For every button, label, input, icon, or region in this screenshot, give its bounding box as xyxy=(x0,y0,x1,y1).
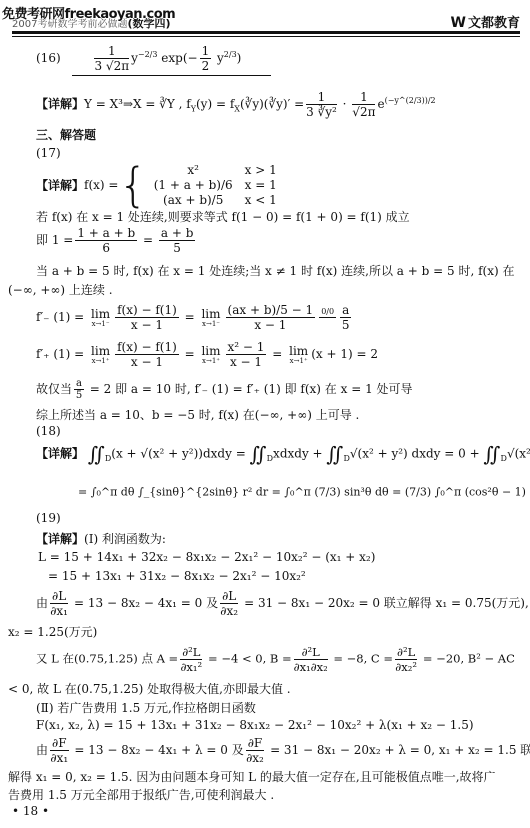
frac-num: a xyxy=(340,303,351,318)
left-derivative: f′₋ (1) = limx→1⁻f(x) − f(1)x − 1 = limx… xyxy=(36,303,353,332)
frac-num: ∂²L xyxy=(294,645,328,660)
frac-num: ∂L xyxy=(50,589,68,604)
frac-den: ∂x₂² xyxy=(395,660,417,674)
frac-den: 3 ∛y² xyxy=(306,105,337,119)
expr: f(x) = xyxy=(84,178,118,192)
brand-name: 文都教育 xyxy=(468,16,520,31)
expr: 又 L 在(0.75,1.25) 点 A = xyxy=(36,652,178,666)
frac-num: 1 xyxy=(352,90,375,105)
cases-table: x²x > 1 (1 + a + b)/6x = 1 (ax + b)/5x <… xyxy=(148,163,283,208)
double-integral-icon: ∬ xyxy=(250,442,267,466)
frac-den: 6 xyxy=(75,241,137,255)
frac-den: x − 1 xyxy=(115,318,179,332)
lagrange-partials: 由∂F∂x₁ = 13 − 8x₂ − 4x₁ + λ = 0 及∂F∂x₂ =… xyxy=(36,736,530,765)
q17-label: (17) xyxy=(36,146,61,160)
frac-num: a xyxy=(74,378,84,390)
frac-num: 1 + a + b xyxy=(75,226,137,241)
expr: = −8, C = xyxy=(330,652,393,666)
expr: (x + 1) = 2 xyxy=(311,347,378,361)
q18-line1: 【详解】 ∬D(x + √(x² + y²))dxdy = ∬Dxdxdy + … xyxy=(36,442,530,466)
expr: 由 xyxy=(36,596,48,610)
frac-num: ∂L xyxy=(220,589,238,604)
expr: = 2 即 a = 10 时, f′₋ (1) = f′₊ (1) 即 f(x)… xyxy=(86,382,413,396)
exponent: 2/3 xyxy=(224,50,237,59)
expr: = 31 − 8x₁ − 20x₂ + λ = 0, x₁ + x₂ = 1.5… xyxy=(266,743,530,757)
frac-den: 2 xyxy=(200,59,212,73)
question-label: (16) xyxy=(36,51,61,65)
watermark: 免费考研网freekaoyan.com xyxy=(2,3,175,22)
expr: = xyxy=(181,347,199,361)
text-line: 当 a + b = 5 时, f(x) 在 x = 1 处连续;当 x ≠ 1 … xyxy=(36,262,514,279)
double-integral-icon: ∬ xyxy=(88,442,105,466)
exponent: (−y^(2/3))/2 xyxy=(385,96,436,105)
expr: = xyxy=(268,347,286,361)
frac-den: ∂x₁² xyxy=(180,660,202,674)
expr: f′₊ (1) = xyxy=(36,347,84,361)
case-expr: (ax + b)/5 xyxy=(148,193,239,208)
frac-den: ∂x₂ xyxy=(246,751,265,765)
expr: f′₋ (1) = xyxy=(36,310,84,324)
frac-den: x − 1 xyxy=(226,355,267,369)
frac-den: 5 xyxy=(74,390,84,401)
frac-den: x − 1 xyxy=(115,355,179,369)
expr: exp(− xyxy=(157,51,197,65)
frac-num: 1 xyxy=(306,90,337,105)
case-cond: x > 1 xyxy=(239,163,283,178)
expr: Y = X³⇒X = ∛Y , f xyxy=(84,97,191,111)
frac-den: x − 1 xyxy=(226,318,316,332)
lim-sub: x→1⁺ xyxy=(91,357,110,365)
expr: 即 1 = xyxy=(36,233,73,247)
frac-num: (ax + b)/5 − 1 xyxy=(226,303,316,318)
page-number: • 18 • xyxy=(12,804,49,818)
q19-part2-title: (Ⅱ) 若广告费用 1.5 万元,作拉格朗日函数 xyxy=(36,699,256,716)
q18-line2: = ∫₀^π dθ ∫_{sinθ}^{2sinθ} r² dr = ∫₀^π … xyxy=(78,478,530,507)
lagrange-function: F(x₁, x₂, λ) = 15 + 13x₁ + 31x₂ − 8x₁x₂ … xyxy=(36,718,474,732)
profit-line2: = 15 + 13x₁ + 31x₂ − 8x₁x₂ − 2x₁² − 10x₂… xyxy=(48,569,306,583)
case-cond: x < 1 xyxy=(239,193,283,208)
q17-conclusion: 故仅当a5 = 2 即 a = 10 时, f′₋ (1) = f′₊ (1) … xyxy=(36,378,413,401)
q16-detail: 【详解】Y = X³⇒X = ∛Y , fY(y) = fX(∛y)(∛y)′ … xyxy=(36,90,436,119)
expr: = −20, B² − AC xyxy=(419,652,515,666)
frac-num: f(x) − f(1) xyxy=(115,303,179,318)
frac-den: 3 √2π xyxy=(94,59,129,73)
expr: √(x² + y²) dxdy xyxy=(507,447,530,461)
expr: = 31 − 8x₁ − 20x₂ = 0 联立解得 x₁ = 0.75(万元)… xyxy=(240,596,529,610)
detail-tag: 【详解】 xyxy=(36,532,84,546)
hessian-line: 又 L 在(0.75,1.25) 点 A =∂²L∂x₁² = −4 < 0, … xyxy=(36,645,515,674)
expr: ) xyxy=(237,51,242,65)
expr: · xyxy=(339,97,350,111)
profit-line1: L = 15 + 14x₁ + 32x₂ − 8x₁x₂ − 2x₁² − 10… xyxy=(38,550,375,564)
expr: = 13 − 8x₂ − 4x₁ = 0 及 xyxy=(70,596,218,610)
frac-den: ∂x₁ xyxy=(50,751,69,765)
detail-tag: 【详解】 xyxy=(36,447,84,461)
case-cond: x = 1 xyxy=(239,178,283,193)
q19-part1-title: 【详解】(Ⅰ) 利润函数为: xyxy=(36,530,166,547)
double-integral-icon: ∬ xyxy=(326,442,343,466)
exponent: −2/3 xyxy=(138,50,158,59)
expr: √(x² + y²) dxdy = 0 + xyxy=(350,447,480,461)
frac-num: ∂²L xyxy=(395,645,417,660)
expr: (y) = f xyxy=(196,97,234,111)
frac-den: ∂x₁∂x₂ xyxy=(294,660,328,674)
frac-den: √2π xyxy=(352,105,375,119)
frac-den: ∂x₂ xyxy=(220,604,238,618)
text-line: (−∞, +∞) 上连续 . xyxy=(8,281,113,298)
lim: lim xyxy=(201,345,220,357)
frac-num: ∂F xyxy=(50,736,69,751)
partial-derivs: 由∂L∂x₁ = 13 − 8x₂ − 4x₁ = 0 及∂L∂x₂ = 31 … xyxy=(36,589,529,618)
expr: = xyxy=(181,310,199,324)
header-rule-thick xyxy=(12,31,520,34)
frac-num: ∂²L xyxy=(180,645,202,660)
lim: lim xyxy=(201,308,220,320)
expr: xdxdy + xyxy=(273,447,323,461)
frac-num: 1 xyxy=(94,44,129,59)
frac-den: ∂x₁ xyxy=(50,604,68,618)
expr: (∛y)(∛y)′ = xyxy=(240,97,304,111)
expr: = 13 − 8x₂ − 4x₁ + λ = 0 及 xyxy=(71,743,244,757)
expr: y xyxy=(213,51,224,65)
arrow-label: 0/0 xyxy=(319,307,336,318)
detail-tag: 【详解】 xyxy=(36,179,84,193)
brace-icon: { xyxy=(118,158,147,212)
expr: = ∫₀^π dθ ∫_{sinθ}^{2sinθ} r² dr = ∫₀^π … xyxy=(78,486,530,499)
frac-num: a + b xyxy=(159,226,196,241)
text-line: 若 f(x) 在 x = 1 处连续,则要求等式 f(1 − 0) = f(1 … xyxy=(36,208,410,225)
right-derivative: f′₊ (1) = limx→1⁺f(x) − f(1)x − 1 = limx… xyxy=(36,340,378,369)
expr: (x + √(x² + y²))dxdy = xyxy=(111,447,245,461)
q18-label: (18) xyxy=(36,424,61,438)
q17-equation: 即 1 =1 + a + b6 = a + b5 xyxy=(36,226,197,255)
text-line: 解得 x₁ = 0, x₂ = 1.5. 因为由问题本身可知 L 的最大值一定存… xyxy=(8,768,496,785)
expr: e xyxy=(377,97,384,111)
lim: lim xyxy=(91,308,110,320)
lim-sub: x→1⁻ xyxy=(201,320,220,328)
header-rule-thin xyxy=(12,36,520,37)
case-expr: x² xyxy=(148,163,239,178)
case-expr: (1 + a + b)/6 xyxy=(148,178,239,193)
expr: 由 xyxy=(36,743,48,757)
detail-tag: 【详解】 xyxy=(36,97,84,111)
text-line: x₂ = 1.25(万元) xyxy=(8,623,97,640)
lim: lim xyxy=(289,345,308,357)
part-title: (Ⅰ) 利润函数为: xyxy=(84,532,166,546)
expr: y xyxy=(131,51,138,65)
q17-piecewise: 【详解】f(x) ={ x²x > 1 (1 + a + b)/6x = 1 (… xyxy=(36,162,283,208)
text-line: < 0, 故 L 在(0.75,1.25) 处取得极大值,亦即最大值 . xyxy=(8,680,291,697)
lim-sub: x→1⁺ xyxy=(201,357,220,365)
frac-den: 5 xyxy=(159,241,196,255)
section-title: 三、解答题 xyxy=(36,126,96,143)
q16-answer: (16) 13 √2πy−2/3 exp(−12 y2/3) xyxy=(36,44,271,76)
brand-logo: W文都教育 xyxy=(451,12,520,31)
brand-w-icon: W xyxy=(451,15,464,31)
double-integral-icon: ∬ xyxy=(483,442,500,466)
frac-num: f(x) − f(1) xyxy=(115,340,179,355)
lim: lim xyxy=(91,345,110,357)
q19-label: (19) xyxy=(36,511,61,525)
expr: = −4 < 0, B = xyxy=(204,652,291,666)
expr: 故仅当 xyxy=(36,382,72,396)
expr: = xyxy=(139,233,157,247)
lim-sub: x→1⁻ xyxy=(91,320,110,328)
frac-num: 1 xyxy=(200,44,212,59)
frac-den: 5 xyxy=(340,318,351,332)
frac-num: ∂F xyxy=(246,736,265,751)
frac-num: x² − 1 xyxy=(226,340,267,355)
text-line: 综上所述当 a = 10、b = −5 时, f(x) 在(−∞, +∞) 上可… xyxy=(36,406,359,423)
text-line: 告费用 1.5 万元全部用于报纸广告,可使利润最大 . xyxy=(8,786,274,803)
lim-sub: x→1⁺ xyxy=(289,357,308,365)
